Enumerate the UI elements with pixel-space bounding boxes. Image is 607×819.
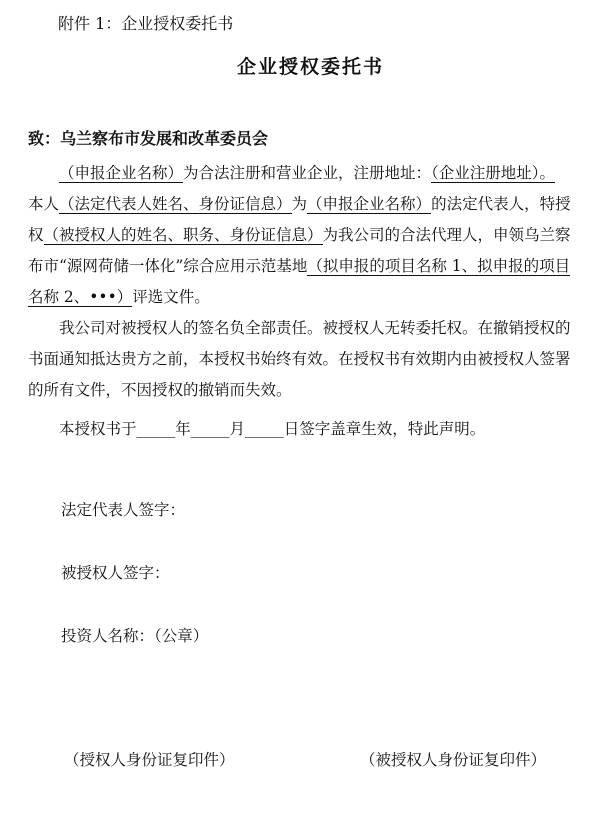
signature-label-investor-name: 投资人名称：（公章） — [28, 625, 593, 647]
text-segment: 评选文件。 — [132, 288, 210, 306]
text-segment: 的法定代表人，特授 — [431, 195, 571, 213]
fill-in-blank: （申报企业名称） — [59, 164, 183, 183]
fill-in-blank: （被授权人的姓名、职务、身份证信息） — [44, 226, 323, 245]
text-segment: 的所有文件，不因授权的撤销而失效。 — [28, 381, 292, 399]
paragraph-authorization: （申报企业名称）为合法注册和营业企业，注册地址：（企业注册地址）。本人（法定代表… — [28, 158, 593, 313]
date-effective-line: 本授权书于_____年_____月_____日签字盖章生效，特此声明。 — [28, 414, 593, 445]
text-segment: 书面通知抵达贵方之前，本授权书始终有效。在授权书有效期内由被授权人签署 — [28, 350, 571, 368]
text-line: 权（被授权人的姓名、职务、身份证信息）为我公司的合法代理人，申领乌兰察 — [28, 220, 593, 251]
text-line: 本人（法定代表人姓名、身份证信息）为（申报企业名称）的法定代表人，特授 — [28, 189, 593, 220]
fill-in-blank: （法定代表人姓名、身份证信息） — [59, 195, 292, 214]
text-segment: 权 — [28, 226, 44, 244]
text-segment: 为合法注册和营业企业，注册地址： — [183, 164, 431, 182]
fill-in-blank: （拟申报的项目名称 1、拟申报的项目 — [307, 257, 570, 276]
text-segment: 为我公司的合法代理人，申领乌兰察 — [323, 226, 571, 244]
text-line: 名称 2、•••）评选文件。 — [28, 282, 593, 313]
document-title: 企业授权委托书 — [28, 54, 593, 80]
attachment-label: 附件 1：企业授权委托书 — [28, 14, 593, 34]
id-copy-footer: （授权人身份证复印件） （被授权人身份证复印件） — [28, 749, 593, 771]
paragraph-responsibility: 我公司对被授权人的签名负全部责任。被授权人无转委托权。在撤销授权的书面通知抵达贵… — [28, 313, 593, 406]
text-segment: 为 — [292, 195, 308, 213]
fill-in-blank: （申报企业名称） — [307, 195, 431, 214]
signature-label-legal-representative: 法定代表人签字： — [28, 499, 593, 521]
fill-in-blank: 名称 2、•••） — [28, 288, 132, 307]
text-line: 我公司对被授权人的签名负全部责任。被授权人无转委托权。在撤销授权的 — [28, 313, 593, 344]
text-line: 的所有文件，不因授权的撤销而失效。 — [28, 375, 593, 406]
footer-authorized-person-id-copy: （被授权人身份证复印件） — [360, 749, 546, 771]
text-line: （申报企业名称）为合法注册和营业企业，注册地址：（企业注册地址）。 — [28, 158, 593, 189]
footer-authorizer-id-copy: （授权人身份证复印件） — [64, 749, 235, 771]
recipient-line: 致：乌兰察布市发展和改革委员会 — [28, 128, 593, 150]
text-segment: 布市“源网荷储一体化”综合应用示范基地 — [28, 257, 307, 275]
signature-label-authorized-person: 被授权人签字： — [28, 562, 593, 584]
document-page: 附件 1：企业授权委托书 企业授权委托书 致：乌兰察布市发展和改革委员会 （申报… — [0, 0, 607, 819]
text-line: 书面通知抵达贵方之前，本授权书始终有效。在授权书有效期内由被授权人签署 — [28, 344, 593, 375]
text-segment: 本人 — [28, 195, 59, 213]
text-segment: 我公司对被授权人的签名负全部责任。被授权人无转委托权。在撤销授权的 — [59, 319, 571, 337]
text-line: 布市“源网荷储一体化”综合应用示范基地（拟申报的项目名称 1、拟申报的项目 — [28, 251, 593, 282]
fill-in-blank: （企业注册地址）。 — [431, 164, 555, 183]
